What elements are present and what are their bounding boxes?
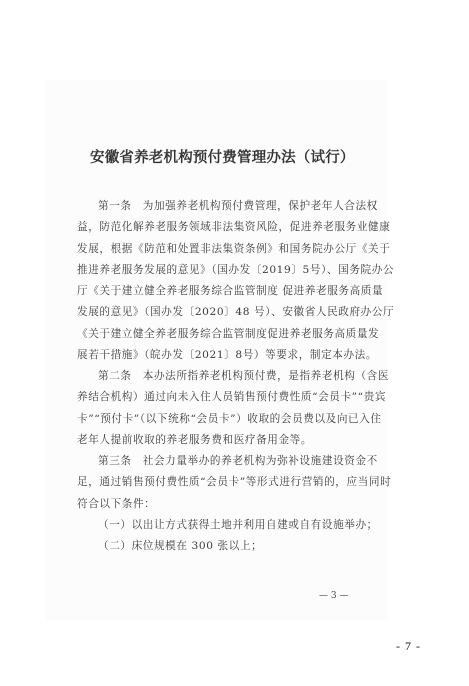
document-title: 安徽省养老机构预付费管理办法（试行） (90, 146, 390, 167)
article-1-line: 发展的意见》（国办发〔2020〕48 号）、安徽省人民政府办公厅 (77, 302, 367, 323)
article-1-line: 推进养老服务发展的意见》（国办发〔2019〕5号）、国务院办公 (77, 260, 367, 281)
article-1-line: 展若干措施》（皖办发〔2021〕8号）等要求，制定本办法。 (77, 345, 367, 366)
article-3-item-1: （一）以出让方式获得土地并利用自建或自有设施举办； (77, 515, 367, 536)
article-1-line: 益，防范化解养老服务领域非法集资风险，促进养老服务业健康 (77, 217, 367, 238)
article-1-line: 厅《关于建立健全养老服务综合监管制度 促进养老服务高质量 (77, 281, 367, 302)
article-1-line: 第一条 为加强养老机构预付费管理，保护老年人合法权 (77, 196, 367, 217)
inner-page-number: — 3 — (319, 591, 348, 601)
article-3-line: 足，通过销售预付费性质“会员卡”等形式进行营销的，应当同时 (77, 472, 367, 493)
article-2-line: 第二条 本办法所指养老机构预付费，是指养老机构（含医 (77, 366, 367, 387)
article-1-line: 发展，根据《防范和处置非法集资条例》和国务院办公厅《关于 (77, 239, 367, 260)
article-3: 第三条 社会力量举办的养老机构为弥补设施建设资金不 足，通过销售预付费性质“会员… (77, 451, 367, 557)
article-2: 第二条 本办法所指养老机构预付费，是指养老机构（含医 养结合机构）通过向未入住人… (77, 366, 367, 451)
article-2-line: 老年人提前收取的养老服务费和医疗备用金等。 (77, 430, 367, 451)
article-2-line: 卡”“预付卡”（以下统称“会员卡”）收取的会员费以及向已入住 (77, 409, 367, 430)
article-1-line: 《关于建立健全养老服务综合监管制度促进养老服务高质量发 (77, 324, 367, 345)
outer-page-number: - 7 - (396, 639, 421, 654)
article-2-line: 养结合机构）通过向未入住人员销售预付费性质“会员卡”“贵宾 (77, 387, 367, 408)
article-3-item-2: （二）床位规模在 300 张以上； (77, 536, 367, 557)
article-3-line: 第三条 社会力量举办的养老机构为弥补设施建设资金不 (77, 451, 367, 472)
article-3-line: 符合以下条件： (77, 494, 367, 515)
article-1: 第一条 为加强养老机构预付费管理，保护老年人合法权 益，防范化解养老服务领域非法… (77, 196, 367, 366)
